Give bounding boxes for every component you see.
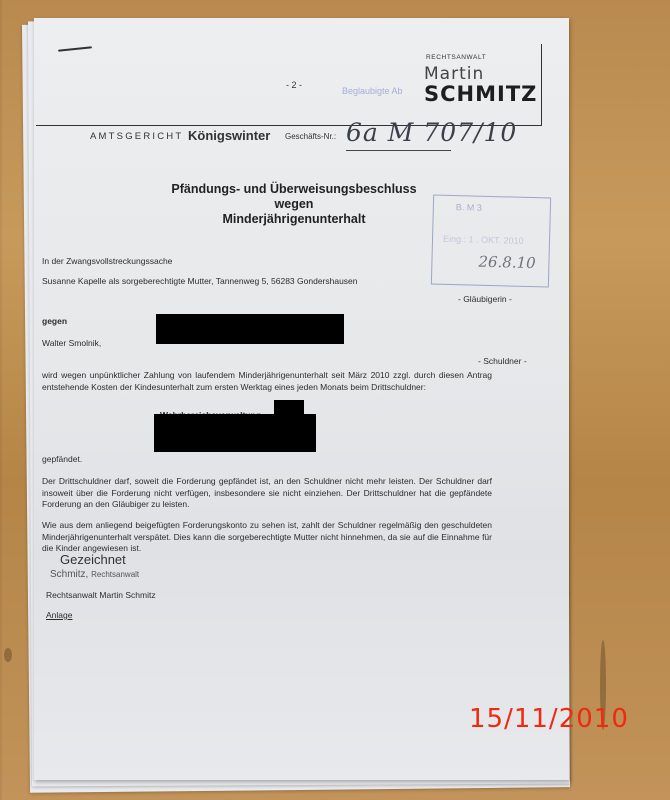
debtor-name: Walter Smolnik,: [42, 338, 101, 350]
letterhead-last-name: SCHMITZ: [424, 82, 537, 106]
case-number-label: Geschäfts-Nr.:: [285, 132, 336, 141]
against-label: gegen: [42, 316, 67, 328]
document-title: Pfändungs- und Überweisungsbeschluss weg…: [134, 182, 454, 227]
camera-date-stamp: 15/11/2010: [469, 704, 629, 734]
receipt-stamp: B. M 3 Eing.: 1 . OKT. 2010 26.8.10: [431, 194, 551, 287]
letterhead-label: RECHTSANWALT: [426, 54, 486, 61]
stamp-line-1: B. M 3: [456, 202, 482, 213]
court-prefix: AMTSGERICHT: [90, 131, 183, 142]
court-name: Königswinter: [188, 128, 270, 143]
signed-name-text: Schmitz,: [50, 569, 88, 580]
paragraph-legal-effect: Der Drittschuldner darf, soweit die Ford…: [42, 476, 492, 511]
page-number: - 2 -: [286, 80, 302, 90]
redaction-debtor-address: [156, 314, 344, 344]
title-line-1: Pfändungs- und Überweisungsbeschluss: [134, 182, 454, 197]
signed-name: Schmitz, Rechtsanwalt: [50, 569, 139, 580]
redaction-third-party-2: [154, 414, 316, 452]
stamp-line-2: Eing.: 1 . OKT. 2010: [443, 234, 524, 246]
title-line-2: wegen: [134, 197, 454, 212]
creditor-role: - Gläubigerin -: [458, 294, 512, 306]
paragraph-justification: Wie aus dem anliegend beigefügten Forder…: [42, 520, 492, 555]
case-number-underline: [346, 150, 451, 151]
certified-copy-stamp: Beglaubigte Ab: [342, 86, 403, 96]
signed-label: Gezeichnet: [60, 552, 126, 567]
printed-name: Rechtsanwalt Martin Schmitz: [46, 590, 156, 602]
wood-grain: [4, 648, 12, 662]
letterhead-first-name: Martin: [424, 64, 484, 84]
document-page: RECHTSANWALT Martin SCHMITZ - 2 - Beglau…: [34, 18, 569, 780]
seized-label: gepfändet.: [42, 454, 82, 466]
case-intro: In der Zwangsvollstreckungssache: [42, 256, 172, 268]
creditor: Susanne Kapelle als sorgeberechtigte Mut…: [42, 276, 358, 288]
attachment-label: Anlage: [46, 610, 72, 622]
stamp-handwritten-date: 26.8.10: [478, 253, 536, 272]
title-line-3: Minderjährigenunterhalt: [134, 212, 454, 227]
claim-text: wird wegen unpünktlicher Zahlung von lau…: [42, 370, 492, 393]
case-number: 6a M 707/10: [346, 118, 517, 147]
debtor-role: - Schuldner -: [478, 356, 527, 368]
signed-title: Rechtsanwalt: [91, 570, 139, 579]
